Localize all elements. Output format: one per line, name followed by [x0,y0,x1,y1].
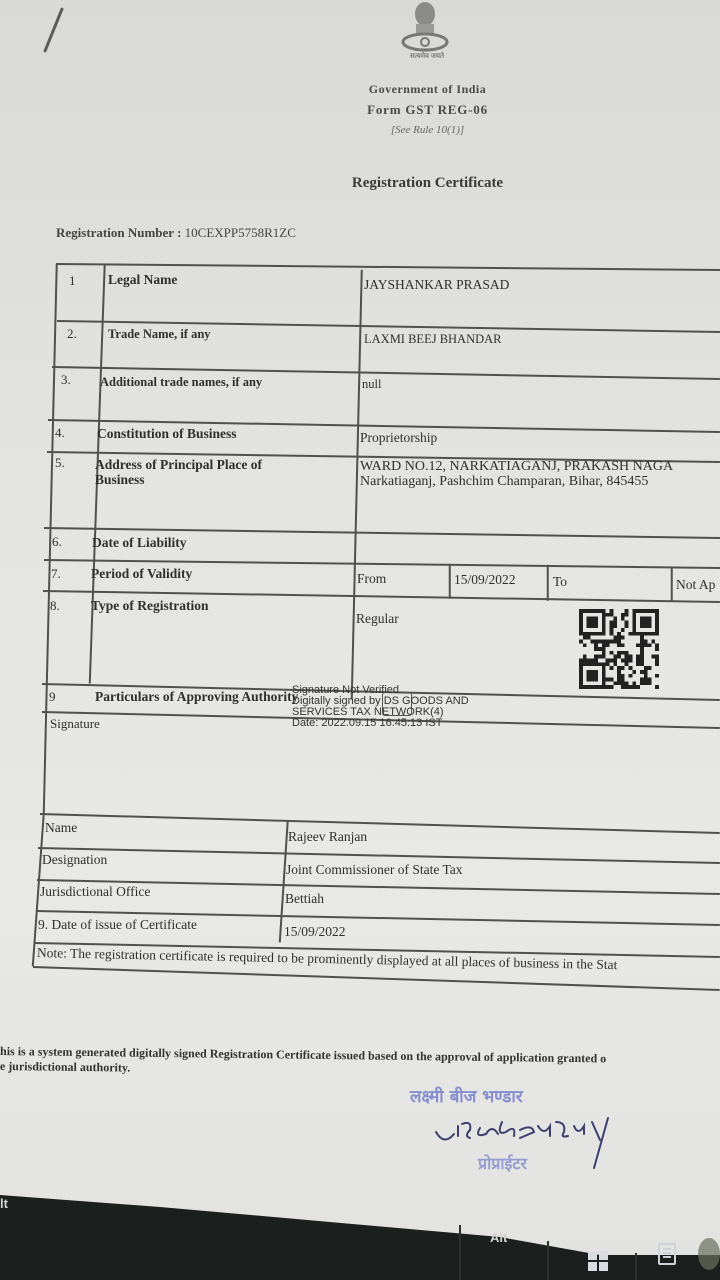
row-value-line2: Narkatiaganj, Pashchim Champaran, Bihar,… [360,474,648,490]
authority-label: Name [45,820,77,836]
row-label: Particulars of Approving Authority [95,689,298,705]
authority-label: Jurisdictional Office [40,884,150,900]
national-emblem-icon [400,0,450,52]
row-label: Trade Name, if any [108,327,211,342]
table-line [56,263,720,270]
row-number: 4. [55,425,65,441]
row-label: Additional trade names, if any [100,375,262,390]
row-number: 6. [52,534,62,550]
row-number: 8. [50,598,60,614]
row-number: 3. [61,372,71,388]
row-number: 7. [51,566,61,582]
validity-to-label: To [553,574,567,590]
validity-from-value: 15/09/2022 [454,572,516,588]
table-line [547,565,549,601]
menu-icon[interactable] [658,1243,676,1265]
row-value-line1: WARD NO.12, NARKATIAGANJ, PRAKASH NAGA [360,459,673,475]
certificate-page: सत्यमेव जयते Government of India Form GS… [0,0,720,1280]
row-value: Proprietorship [360,430,437,446]
taskbar-key-label: lt [0,1196,8,1211]
row-number: 5. [55,455,65,471]
table-line [449,564,451,599]
validity-from-label: From [357,571,386,587]
signature-label: Signature [50,716,100,732]
row-value: Regular [356,611,399,627]
authority-label: 9. Date of issue of Certificate [38,917,197,933]
row-value: null [362,377,381,392]
registration-number-label: Registration Number : [56,225,181,240]
authority-label: Designation [42,852,107,868]
row-value: LAXMI BEEJ BHANDAR [364,332,502,347]
monitor-taskbar [0,1195,720,1280]
table-line [671,567,673,602]
registration-number: Registration Number : 10CEXPP5758R1ZC [56,225,296,241]
row-label: Type of Registration [91,598,209,614]
row-value: JAYSHANKAR PRASAD [364,277,509,293]
finger-blur [698,1238,720,1270]
row-number: 9 [49,689,56,705]
registration-number-value: 10CEXPP5758R1ZC [185,225,296,240]
form-heading: Form GST REG-06 [300,102,555,118]
staple-mark [43,7,64,53]
authority-value: Bettiah [285,891,324,907]
digital-signature-block: Signature Not Verified Digitally signed … [292,685,469,729]
row-label: Constitution of Business [97,426,237,442]
emblem-motto: सत्यमेव जयते [400,52,454,61]
authority-value: Rajeev Ranjan [288,829,367,845]
row-number: 2. [67,326,77,342]
system-generated-footnote: his is a system generated digitally sign… [0,1044,720,1083]
document-title: Registration Certificate [300,175,555,192]
authority-value: 15/09/2022 [284,924,346,940]
authority-value: Joint Commissioner of State Tax [286,862,463,878]
government-heading: Government of India [300,82,555,97]
signature-date: Date: 2022.09.15 16:45:13 IST [292,718,469,729]
rule-reference: [See Rule 10(1)] [300,124,555,136]
row-label: Address of Principal Place of Business [95,457,310,487]
row-number: 1 [69,273,76,289]
row-label: Legal Name [108,272,177,288]
table-line [40,813,720,833]
windows-icon[interactable] [588,1251,608,1271]
handwritten-signature [432,1112,632,1172]
row-label: Date of Liability [92,535,187,551]
proprietor-stamp: प्रोप्राईटर [478,1152,527,1174]
validity-to-value: Not Ap [676,577,715,593]
qr-code [577,609,661,689]
row-label: Period of Validity [91,566,192,582]
alt-key-label: Alt [490,1230,507,1245]
business-stamp: लक्ष्मी बीज भण्डार [410,1084,523,1107]
